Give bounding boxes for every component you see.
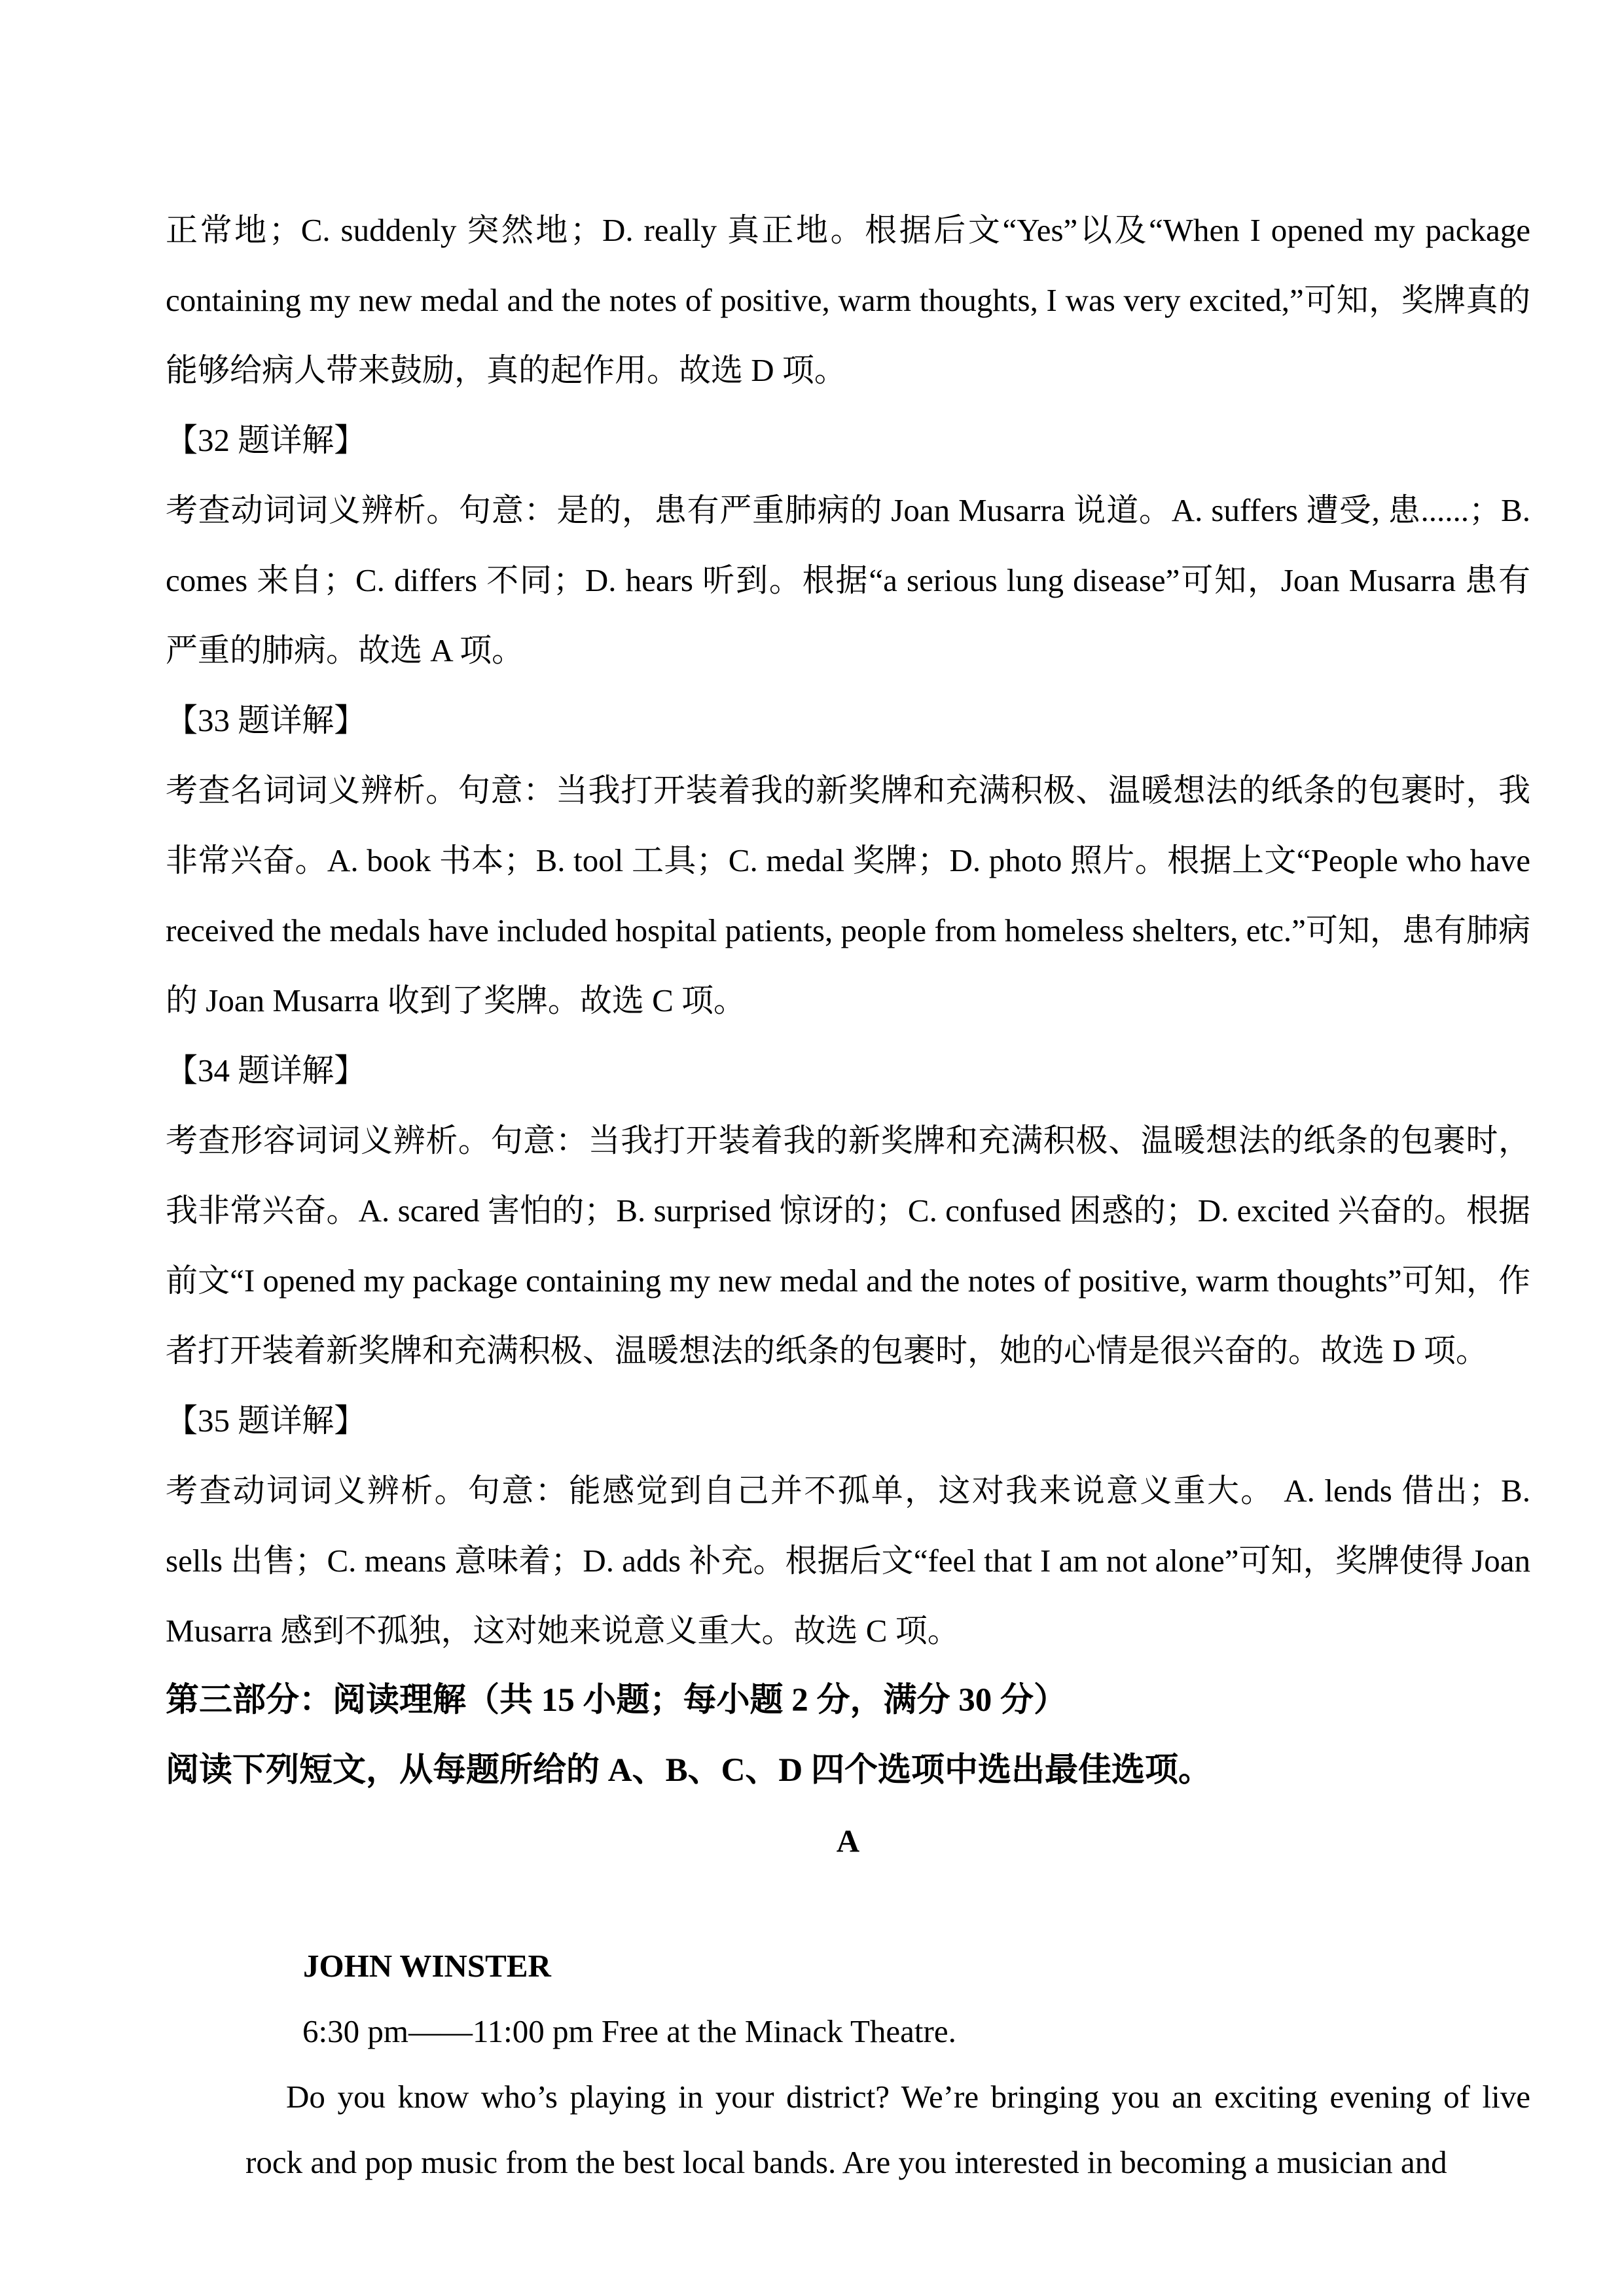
heading-q34-detail: 【34 题详解】 <box>166 1035 1530 1105</box>
heading-q32-detail: 【32 题详解】 <box>166 405 1530 475</box>
paragraph-q34-explanation: 考查形容词词义辨析。句意：当我打开装着我的新奖牌和充满积极、温暖想法的纸条的包裹… <box>166 1105 1530 1386</box>
document-page: 正常地；C. suddenly 突然地；D. really 真正地。根据后文“Y… <box>0 0 1624 2296</box>
reading-passage-a: JOHN WINSTER 6:30 pm——11:00 pm Free at t… <box>245 1933 1530 2195</box>
heading-q35-detail: 【35 题详解】 <box>166 1386 1530 1456</box>
passage-section-label: A <box>166 1806 1530 1876</box>
heading-part3-reading-comprehension: 第三部分：阅读理解（共 15 小题；每小题 2 分，满分 30 分） <box>166 1666 1530 1736</box>
heading-q33-detail: 【33 题详解】 <box>166 685 1530 755</box>
passage-time-line: 6:30 pm——11:00 pm Free at the Minack The… <box>245 1999 1530 2064</box>
page-content: 正常地；C. suddenly 突然地；D. really 真正地。根据后文“Y… <box>166 195 1530 2195</box>
paragraph-q33-explanation: 考查名词词义辨析。句意：当我打开装着我的新奖牌和充满积极、温暖想法的纸条的包裹时… <box>166 755 1530 1035</box>
heading-part3-instruction: 阅读下列短文，从每题所给的 A、B、C、D 四个选项中选出最佳选项。 <box>166 1736 1530 1806</box>
paragraph-q32-explanation: 考查动词词义辨析。句意：是的，患有严重肺病的 Joan Musarra 说道。A… <box>166 475 1530 685</box>
paragraph-q35-explanation: 考查动词词义辨析。句意：能感觉到自己并不孤单，这对我来说意义重大。 A. len… <box>166 1456 1530 1666</box>
passage-body-paragraph: Do you know who’s playing in your distri… <box>245 2064 1530 2195</box>
passage-title: JOHN WINSTER <box>245 1933 1530 1999</box>
paragraph-q31-explanation-tail: 正常地；C. suddenly 突然地；D. really 真正地。根据后文“Y… <box>166 195 1530 405</box>
